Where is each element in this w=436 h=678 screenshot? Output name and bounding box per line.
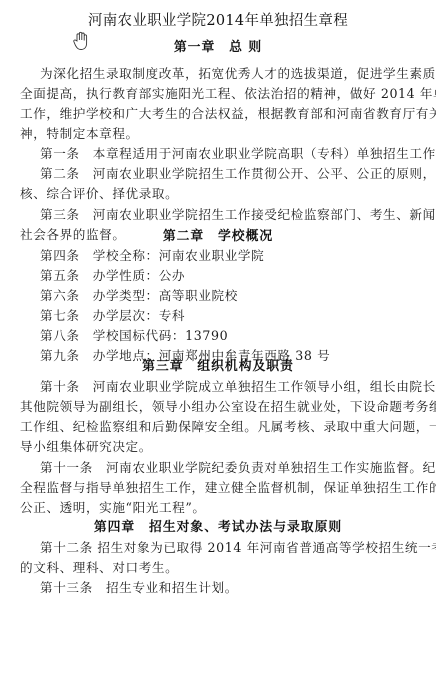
paragraph-line: 导小组集体研究决定。 [20, 437, 416, 457]
article-4: 第四条 学校全称：河南农业职业学院 [40, 246, 416, 266]
article-2: 第二条 河南农业职业学院招生工作贯彻公开、公平、公正的原则，全面考 [40, 164, 416, 184]
article-12: 第十二条 招生对象为已取得 2014 年河南省普通高等学校招生统一考试资格 [40, 538, 416, 558]
paragraph-line: 为深化招生录取制度改革，拓宽优秀人才的选拔渠道，促进学生素质教育的 [40, 64, 416, 84]
article-8: 第八条 学校国标代码：13790 [40, 326, 416, 346]
paragraph-line: 工作，维护学校和广大考生的合法权益，根据教育部和河南省教育厅有关文件精 [20, 104, 416, 124]
article-1: 第一条 本章程适用于河南农业职业学院高职（专科）单独招生工作。 [40, 144, 416, 164]
chapter-2-heading: 第二章 学校概况 [0, 227, 436, 247]
paragraph-line: 核、综合评价、择优录取。 [20, 184, 416, 204]
chapter-4-heading: 第四章 招生对象、考试办法与录取原则 [0, 518, 436, 538]
article-3: 第三条 河南农业职业学院招生工作接受纪检监察部门、考生、新闻媒体和 [40, 205, 416, 225]
paragraph-line: 公正、透明，实施“阳光工程”。 [20, 498, 416, 518]
paragraph-line: 的文科、理科、对口考生。 [20, 558, 416, 578]
chapter-3-heading: 第三章 组织机构及职责 [0, 357, 436, 377]
article-7: 第七条 办学层次：专科 [40, 306, 416, 326]
article-6: 第六条 办学类型：高等职业院校 [40, 286, 416, 306]
article-13: 第十三条 招生专业和招生计划。 [40, 578, 416, 598]
article-10: 第十条 河南农业职业学院成立单独招生工作领导小组，组长由院长担任， [40, 377, 416, 397]
article-5: 第五条 办学性质：公办 [40, 266, 416, 286]
document-title: 河南农业职业学院2014年单独招生章程 [0, 9, 436, 30]
article-11: 第十一条 河南农业职业学院纪委负责对单独招生工作实施监督。纪检部门 [40, 458, 416, 478]
paragraph-line: 全面提高，执行教育部实施阳光工程、依法治招的精神，做好 2014 年单独招生 [20, 84, 416, 104]
paragraph-line: 全程监督与指导单独招生工作，建立健全监督机制，保证单独招生工作的公平、 [20, 478, 416, 498]
paragraph-line: 神，特制定本章程。 [20, 124, 416, 144]
paragraph-line: 其他院领导为副组长，领导小组办公室设在招生就业处，下设命题考务组、录取 [20, 397, 416, 417]
chapter-1-heading: 第一章 总 则 [0, 38, 436, 58]
paragraph-line: 工作组、纪检监察组和后勤保障安全组。凡属考核、录取中重大问题，一律由领 [20, 417, 416, 437]
